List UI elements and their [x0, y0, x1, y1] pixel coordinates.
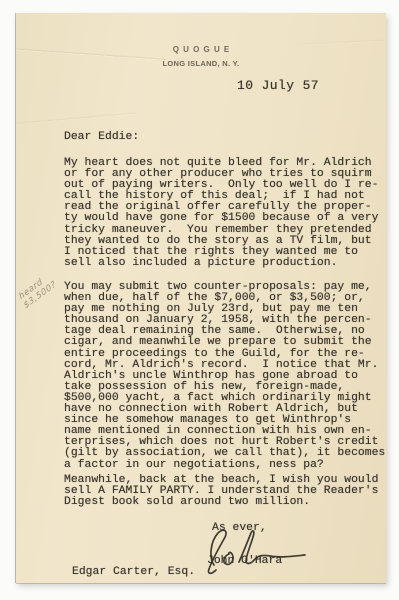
scanned-letter-page: QUOGUE LONG ISLAND, N. Y. 10 July 57 hea… [0, 0, 399, 600]
letterhead-region: LONG ISLAND, N. Y. [16, 59, 386, 68]
handwritten-signature-script [198, 525, 310, 575]
letter-paper: QUOGUE LONG ISLAND, N. Y. 10 July 57 hea… [16, 13, 386, 583]
letter-paragraph-3: Meanwhile, back at the beach, I wish you… [64, 475, 378, 508]
signature-typed-name: John O'Hara [207, 555, 282, 567]
date-line: 10 July 57 [237, 78, 319, 93]
paper-crease [16, 112, 136, 125]
salutation: Dear Eddie: [64, 132, 139, 143]
letter-paragraph-2: You may submit two counter-proposals: pa… [64, 282, 385, 471]
margin-annotation-pencil: heard $3,500? [18, 271, 58, 311]
letter-paragraph-1: My heart does not quite bleed for Mr. Al… [64, 158, 378, 269]
letterhead-town: QUOGUE [16, 45, 386, 54]
recipient-line: Edgar Carter, Esq. [72, 566, 195, 578]
